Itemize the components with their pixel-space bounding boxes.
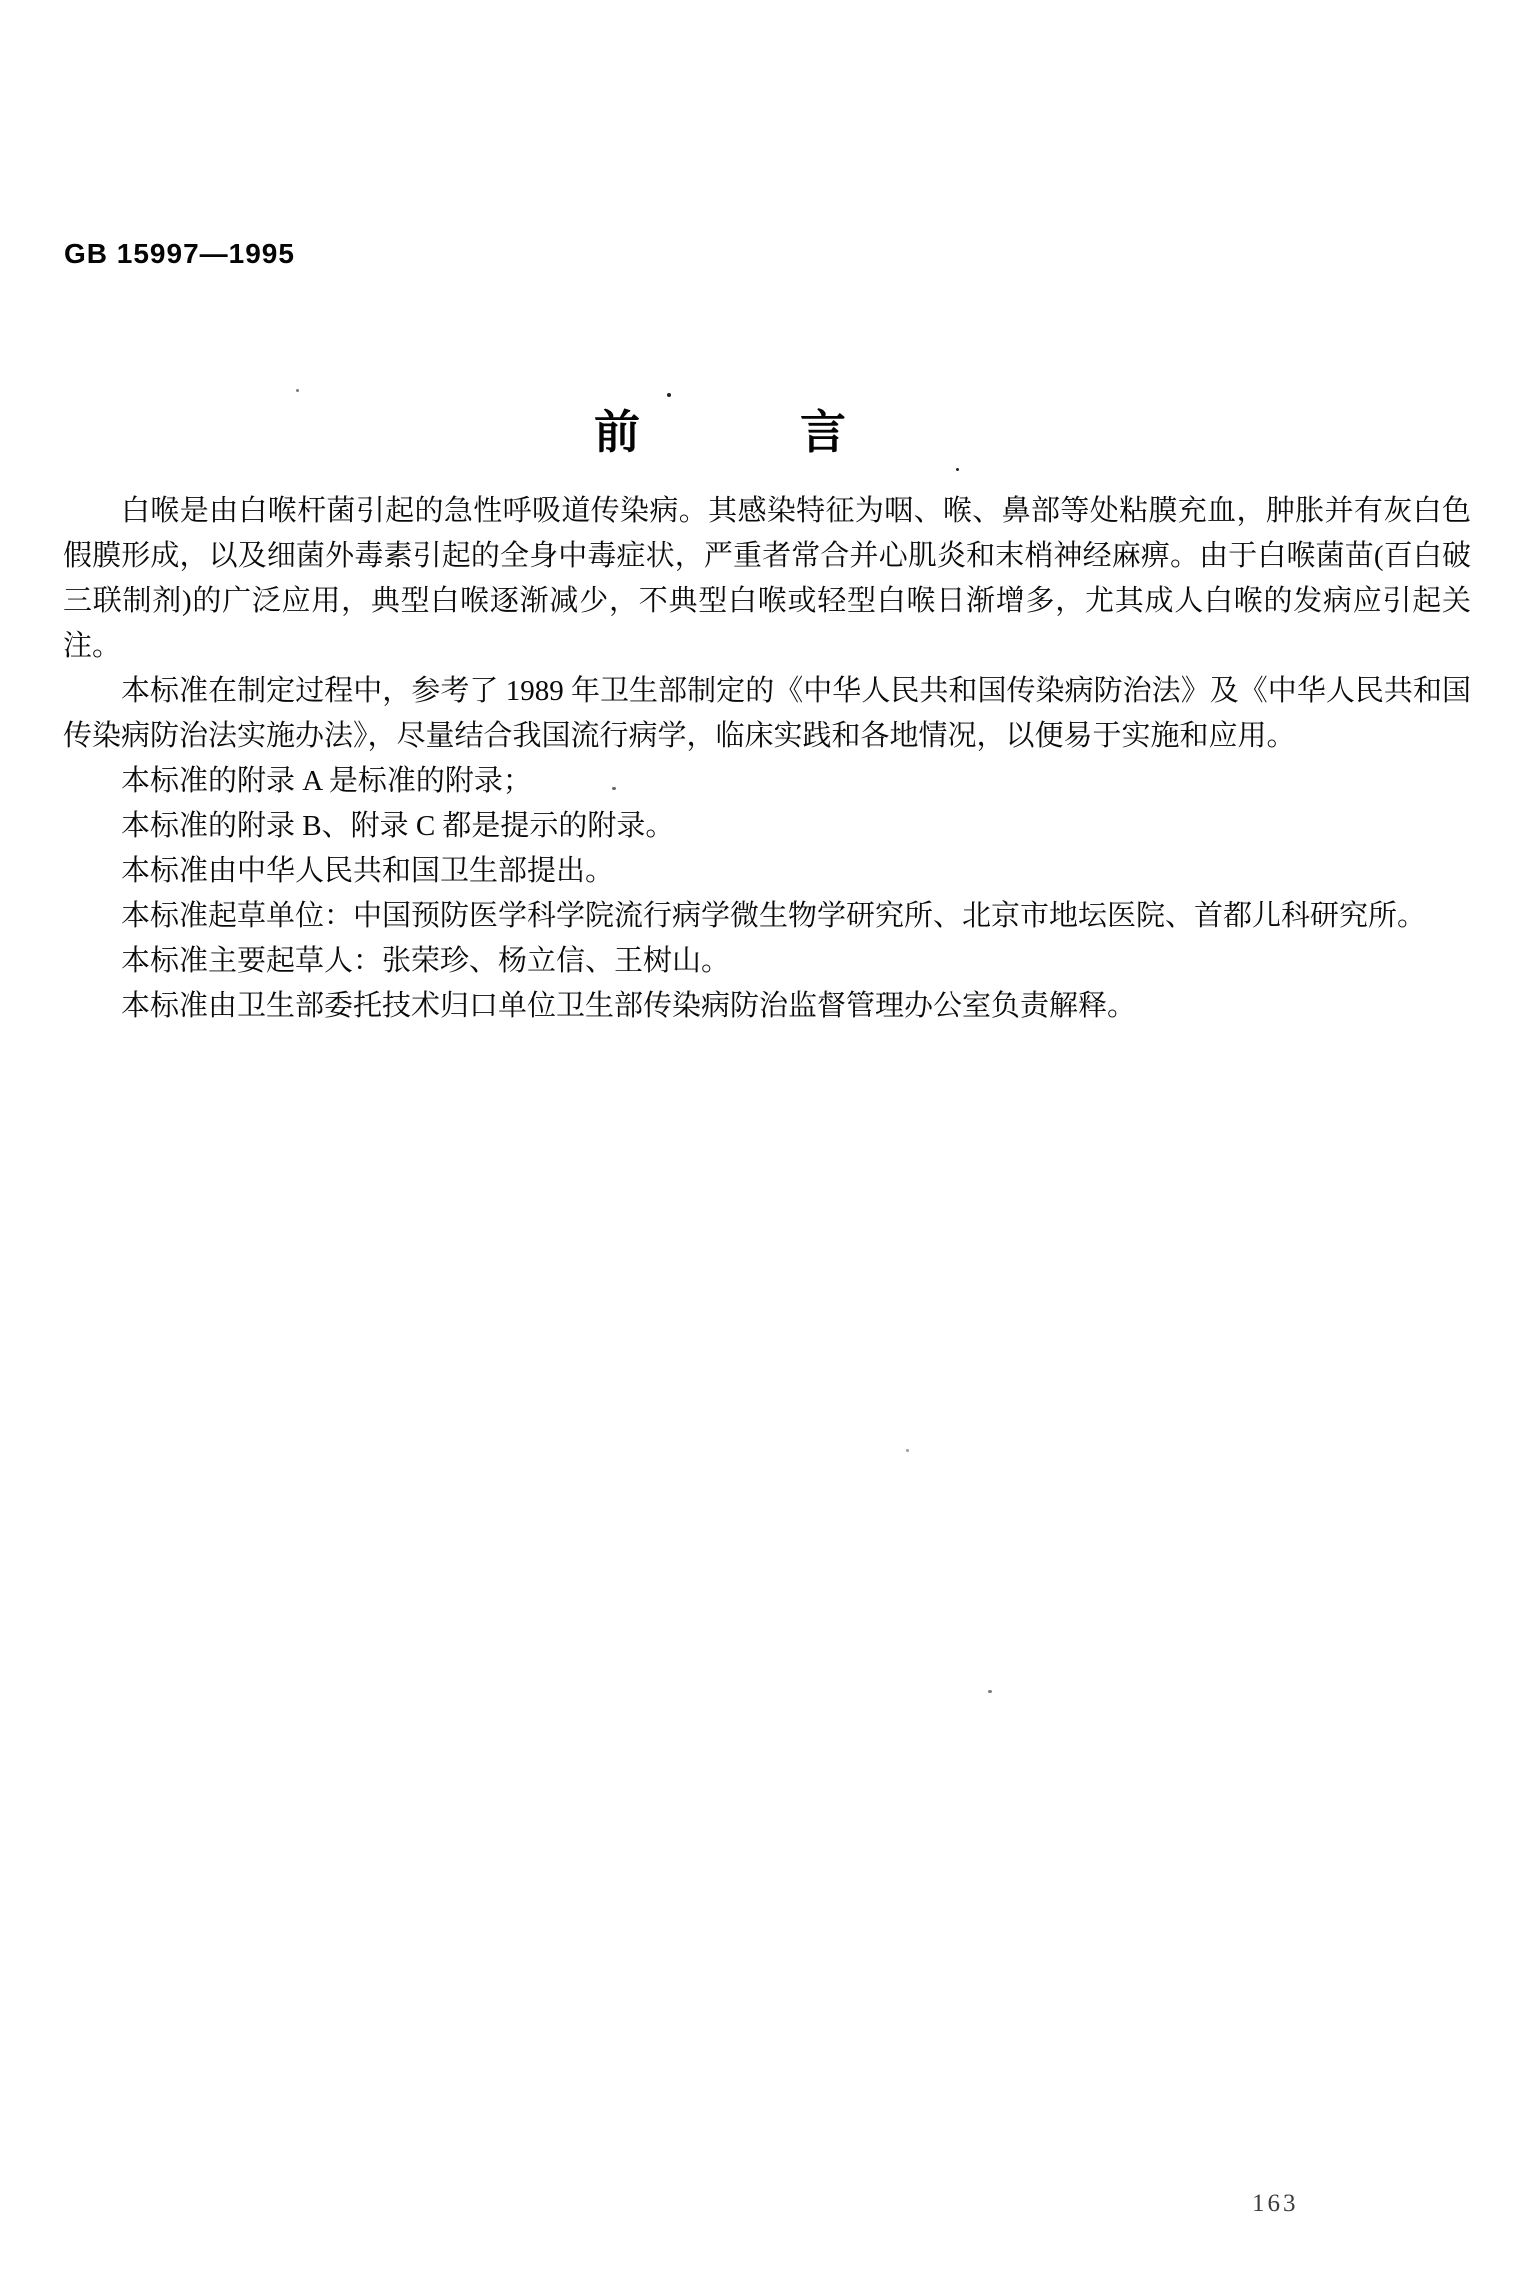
scan-artifact-dot [906,1449,909,1452]
page-title: 前言 [0,396,1440,462]
paragraph-drafting-units: 本标准起草单位：中国预防医学科学院流行病学微生物学研究所、北京市地坛医院、首都儿… [63,894,1471,939]
paragraph-proposed-by: 本标准由中华人民共和国卫生部提出。 [63,849,1471,894]
scan-artifact-dot [667,393,671,397]
foreword-body: 白喉是由白喉杆菌引起的急性呼吸道传染病。其感染特征为咽、喉、鼻部等处粘膜充血，肿… [63,489,1471,1029]
scan-artifact-dot [612,787,616,790]
paragraph-interpretation: 本标准由卫生部委托技术归口单位卫生部传染病防治监督管理办公室负责解释。 [63,984,1471,1029]
scan-artifact-dot [956,468,959,471]
paragraph-intro: 白喉是由白喉杆菌引起的急性呼吸道传染病。其感染特征为咽、喉、鼻部等处粘膜充血，肿… [63,489,1471,669]
paragraph-drafters: 本标准主要起草人：张荣珍、杨立信、王树山。 [63,939,1471,984]
page-number: 163 [1252,2190,1299,2218]
scan-artifact-dot [988,1690,992,1693]
document-page: GB 15997—1995 前言 白喉是由白喉杆菌引起的急性呼吸道传染病。其感染… [0,0,1536,2285]
page-title-char-1: 前 [594,407,640,458]
paragraph-reference-laws: 本标准在制定过程中，参考了 1989 年卫生部制定的《中华人民共和国传染病防治法… [63,669,1471,759]
scan-artifact-dot [296,389,299,392]
standard-number: GB 15997—1995 [64,238,295,270]
paragraph-annex-b-c: 本标准的附录 B、附录 C 都是提示的附录。 [63,804,1471,849]
page-title-char-2: 言 [800,407,846,458]
paragraph-annex-a: 本标准的附录 A 是标准的附录； [63,759,1471,804]
